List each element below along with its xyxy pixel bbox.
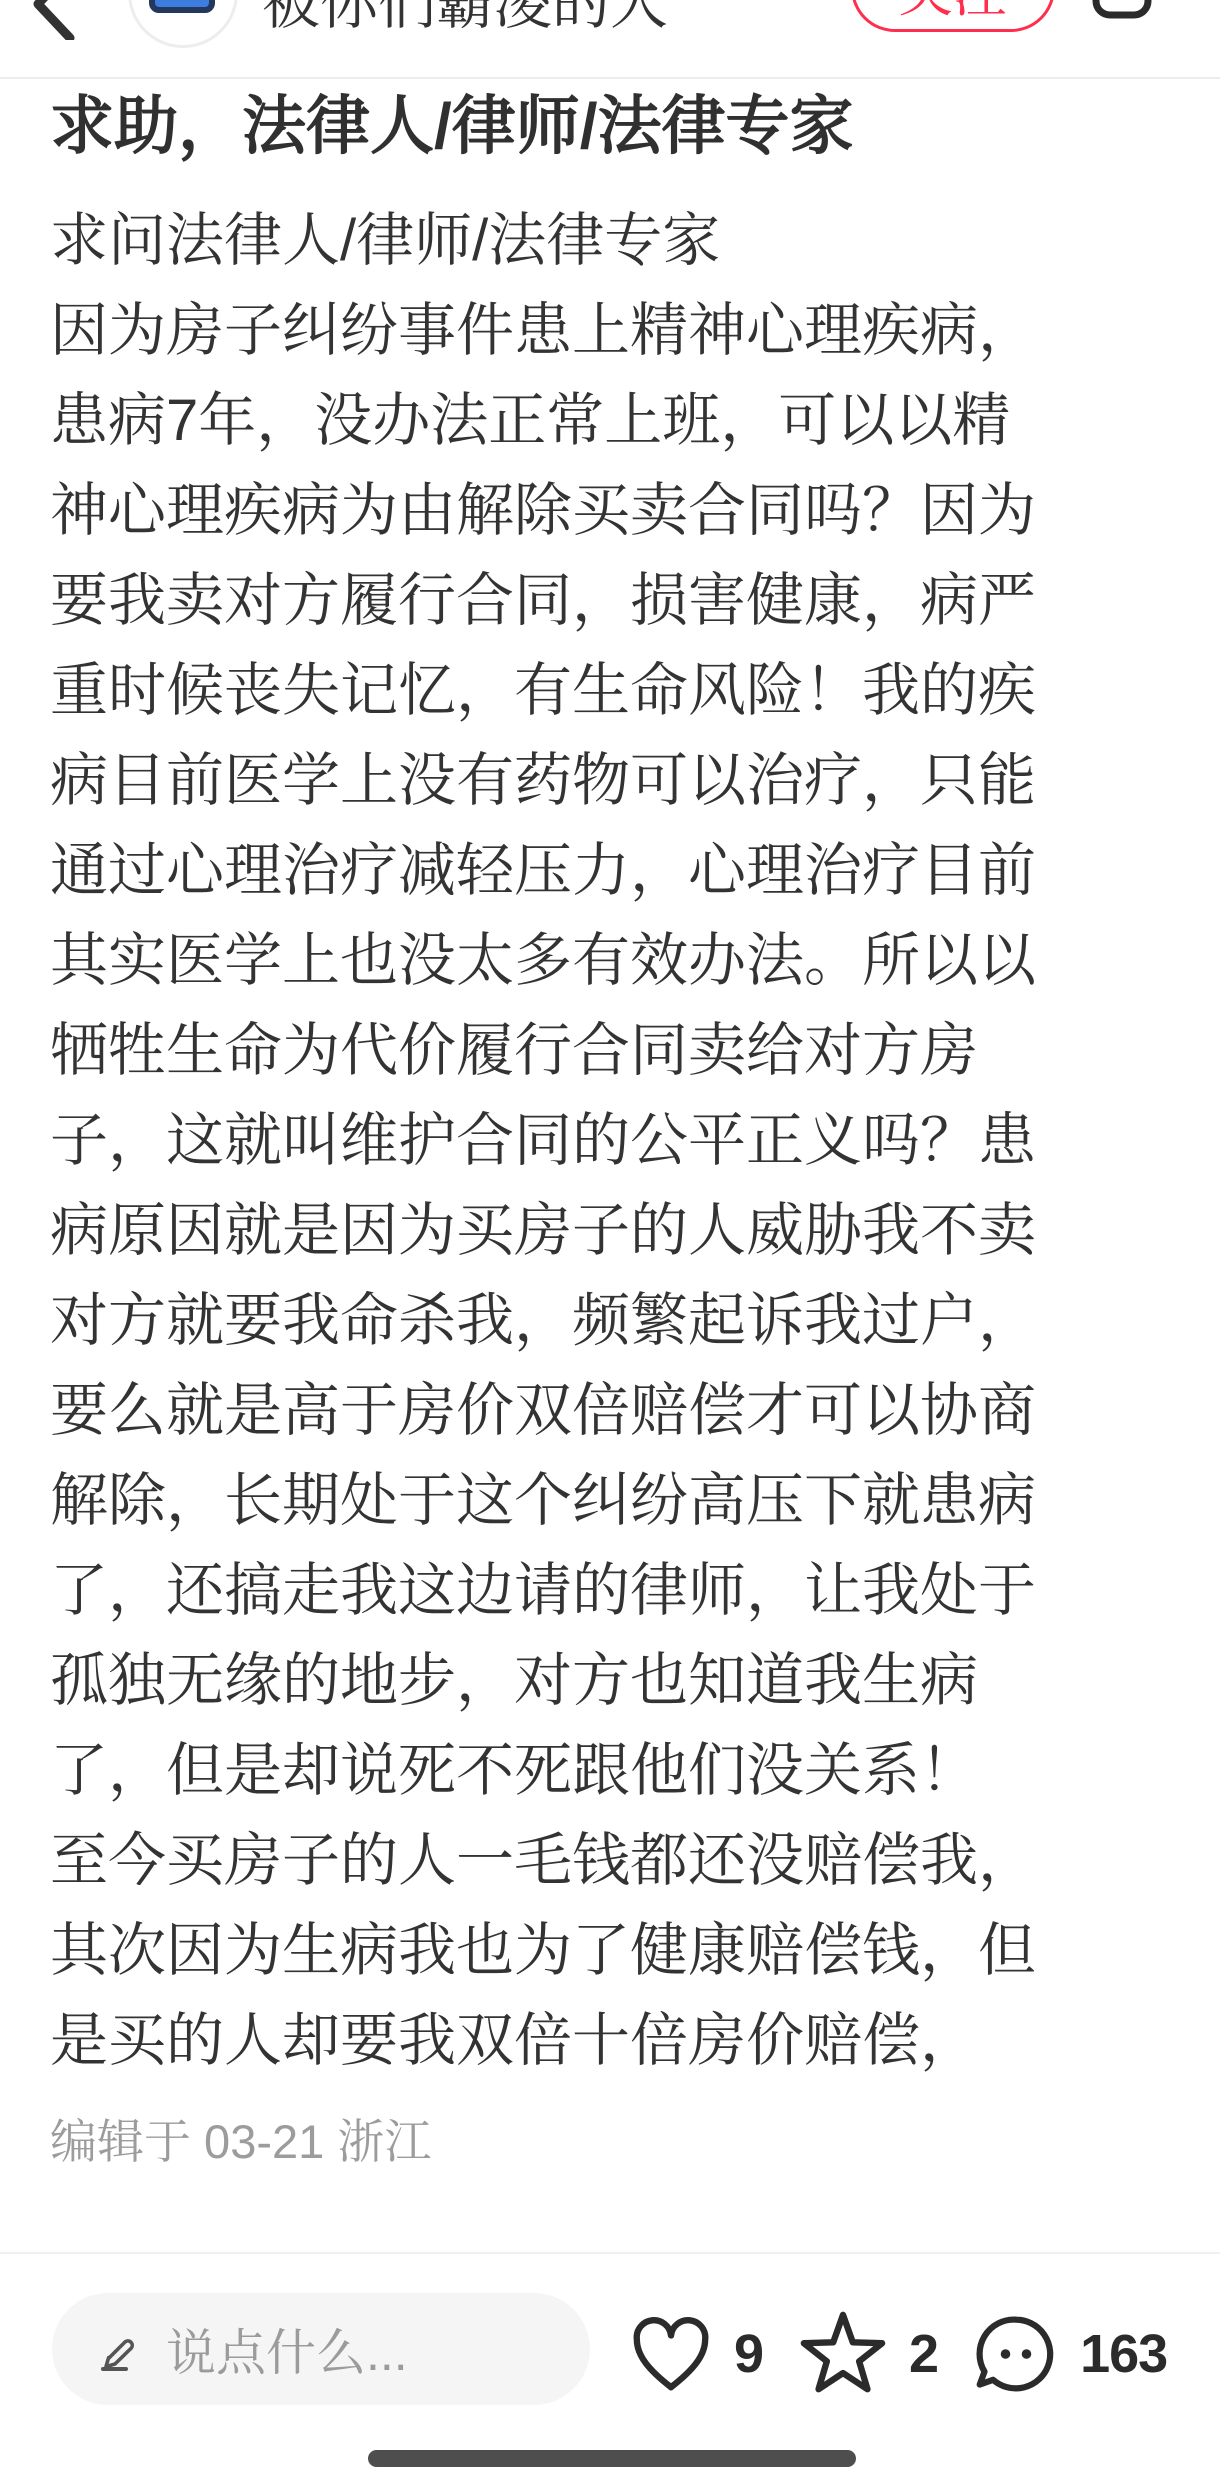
- post-body-line: 神心理疾病为由解除买卖合同吗？因为: [50, 466, 1190, 556]
- share-icon[interactable]: [1091, 0, 1153, 20]
- post-body-line: 了，还搞走我这边请的律师，让我处于: [50, 1546, 1190, 1636]
- collect-button[interactable]: 2: [799, 2309, 938, 2399]
- post-body-line: 通过心理治疗减轻压力，心理治疗目前: [50, 826, 1190, 916]
- app-screen: 被你们霸凌的人 关注 求助，法律人/律师/法律专家 求问法律人/律师/法律专家因…: [0, 0, 1220, 2491]
- post-body-line: 要么就是高于房价双倍赔偿才可以协商: [50, 1366, 1190, 1456]
- header-divider: [0, 77, 1220, 79]
- comment-input[interactable]: 说点什么...: [52, 2293, 590, 2405]
- star-icon: [799, 2309, 887, 2399]
- post-body-line: 患病7年，没办法正常上班，可以以精: [50, 376, 1190, 466]
- follow-button[interactable]: 关注: [851, 0, 1055, 32]
- edited-meta: 编辑于 03-21 浙江: [50, 2112, 431, 2172]
- post-body-line: 重时候丧失记忆，有生命风险！我的疾: [50, 646, 1190, 736]
- post-body-line: 其实医学上也没太多有效办法。所以以: [50, 916, 1190, 1006]
- nav-bar: 被你们霸凌的人 关注: [0, 0, 1220, 78]
- post-body-line: 是买的人却要我双倍十倍房价赔偿，: [50, 1996, 1190, 2086]
- pencil-icon: [96, 2326, 142, 2372]
- comment-bubble-icon: [974, 2310, 1058, 2398]
- comment-button[interactable]: 163: [974, 2310, 1167, 2398]
- post-body-line: 解除，长期处于这个纠纷高压下就患病: [50, 1456, 1190, 1546]
- back-icon[interactable]: [24, 0, 88, 40]
- post-body-line: 至今买房子的人一毛钱都还没赔偿我，: [50, 1816, 1190, 1906]
- post-title: 求助，法律人/律师/法律专家: [50, 88, 1170, 164]
- avatar-image: [149, 0, 215, 13]
- post-body-line: 了，但是却说死不死跟他们没关系！: [50, 1726, 1190, 1816]
- post-body: 求问法律人/律师/法律专家因为房子纠纷事件患上精神心理疾病，患病7年，没办法正常…: [50, 196, 1190, 2086]
- heart-icon: [630, 2310, 712, 2398]
- home-indicator[interactable]: [368, 2450, 856, 2467]
- comment-count: 163: [1080, 2323, 1167, 2385]
- post-body-line: 牺牲生命为代价履行合同卖给对方房: [50, 1006, 1190, 1096]
- collect-count: 2: [909, 2323, 938, 2385]
- comment-placeholder: 说点什么...: [166, 2313, 408, 2385]
- post-body-line: 子，这就叫维护合同的公平正义吗？患: [50, 1096, 1190, 1186]
- footer-divider: [0, 2252, 1220, 2254]
- post-body-line: 病原因就是因为买房子的人威胁我不卖: [50, 1186, 1190, 1276]
- post-body-line: 要我卖对方履行合同，损害健康，病严: [50, 556, 1190, 646]
- post-body-line: 对方就要我命杀我，频繁起诉我过户，: [50, 1276, 1190, 1366]
- post-body-line: 病目前医学上没有药物可以治疗，只能: [50, 736, 1190, 826]
- action-bar: 9 2 163: [630, 2301, 1167, 2407]
- like-button[interactable]: 9: [630, 2310, 763, 2398]
- username[interactable]: 被你们霸凌的人: [262, 0, 668, 34]
- like-count: 9: [734, 2323, 763, 2385]
- post-body-line: 孤独无缘的地步，对方也知道我生病: [50, 1636, 1190, 1726]
- post-body-line: 其次因为生病我也为了健康赔偿钱，但: [50, 1906, 1190, 1996]
- avatar[interactable]: [128, 0, 238, 48]
- post-body-line: 求问法律人/律师/法律专家: [50, 196, 1190, 286]
- post-body-line: 因为房子纠纷事件患上精神心理疾病，: [50, 286, 1190, 376]
